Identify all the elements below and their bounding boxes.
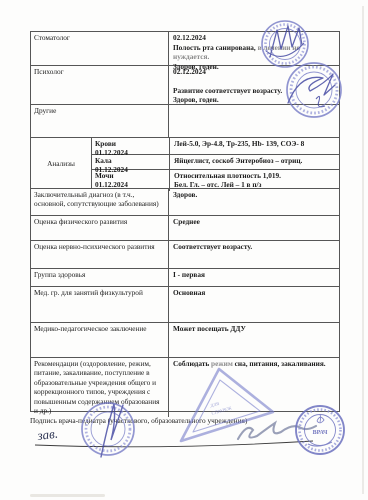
analysis-type-date: Крови 01.12.2024 bbox=[92, 138, 170, 154]
row-value: Здоров. bbox=[169, 189, 339, 215]
stamp-banner bbox=[308, 442, 332, 446]
analyses-label: Анализы bbox=[31, 138, 92, 188]
table-row-health-group: Группа здоровья I - первая bbox=[31, 269, 339, 287]
analysis-date: 01.12.2024 bbox=[95, 180, 166, 189]
scan-artifact bbox=[30, 494, 105, 497]
table-row-psychologist: Психолог 02.12.2024 Развитие соответству… bbox=[31, 66, 339, 105]
analysis-result: Относительная плотность 1,019. Бел. Гл. … bbox=[170, 170, 339, 191]
analysis-row-urine: Мочи 01.12.2024 Относительная плотность … bbox=[92, 170, 339, 191]
row-label: Оценка физического развития bbox=[31, 216, 169, 240]
recommendation-text: Соблюдать bbox=[173, 359, 209, 368]
row-label: Психолог bbox=[31, 66, 169, 104]
pediatrician-signature-caption: Подпись врача-педиатра (участкового, обр… bbox=[30, 416, 330, 425]
row-value-empty bbox=[169, 105, 339, 137]
row-label: Другие bbox=[31, 105, 169, 137]
exam-date: 02.12.2024 bbox=[173, 67, 335, 77]
table-row-final-diagnosis: Заключительный диагноз (в т.ч., основной… bbox=[31, 189, 339, 216]
table-row-neuropsychic-development: Оценка нервно-психического развития Соот… bbox=[31, 241, 339, 269]
result-text: Полость рта санирована, bbox=[173, 43, 256, 52]
analysis-type-date: Кала 01.12.2024 bbox=[92, 155, 170, 169]
analysis-type: Мочи bbox=[95, 171, 166, 180]
analysis-result: Яйцеглист, соскоб Энтеробиоз – отриц. bbox=[170, 155, 339, 169]
analysis-result-line: Относительная плотность 1,019. bbox=[174, 171, 335, 180]
row-label: Рекомендации (оздоровление, режим, питан… bbox=[31, 358, 169, 417]
handwritten-note: зав. bbox=[36, 426, 59, 444]
page-edge-shadow bbox=[362, 6, 364, 494]
row-label: Мед. гр. для занятий физкультурой bbox=[31, 287, 169, 322]
row-value: Соблюдать режим сна, питания, закаливани… bbox=[169, 358, 339, 417]
analysis-result: Лей-5.0, Эр-4.8, Тр-235, Hb- 139, СОЭ- 8 bbox=[170, 138, 339, 154]
row-label: Оценка нервно-психического развития bbox=[31, 241, 169, 268]
table-row-recommendations: Рекомендации (оздоровление, режим, питан… bbox=[31, 358, 339, 417]
row-value: Среднее bbox=[169, 216, 339, 240]
analysis-type: Крови bbox=[95, 139, 166, 148]
scanned-medical-form: Стоматолог 02.12.2024 Полость рта саниро… bbox=[0, 0, 368, 500]
row-value: 02.12.2024 Полость рта санирована, в леч… bbox=[169, 32, 339, 65]
recommendation-text-faded: режим bbox=[209, 359, 234, 368]
recommendation-text: сна, питания, закаливания. bbox=[235, 359, 326, 368]
exam-result-line: Развитие соответствует возрасту. bbox=[173, 86, 335, 96]
table-row-dentist: Стоматолог 02.12.2024 Полость рта саниро… bbox=[31, 32, 339, 66]
row-label: Стоматолог bbox=[31, 32, 169, 65]
medical-exam-table: Стоматолог 02.12.2024 Полость рта саниро… bbox=[30, 31, 340, 412]
table-row-analyses: Анализы Крови 01.12.2024 Лей-5.0, Эр-4.8… bbox=[31, 138, 339, 189]
row-value: Основная bbox=[169, 287, 339, 322]
signature-line bbox=[35, 441, 313, 447]
row-label: Группа здоровья bbox=[31, 269, 169, 286]
row-label: Заключительный диагноз (в т.ч., основной… bbox=[31, 189, 169, 215]
faded-signature-scribble bbox=[238, 423, 316, 439]
exam-result-line: Здоров, годен. bbox=[173, 95, 335, 105]
analysis-row-stool: Кала 01.12.2024 Яйцеглист, соскоб Энтеро… bbox=[92, 155, 339, 170]
row-value: Соответствует возрасту. bbox=[169, 241, 339, 268]
table-row-medical-pedagogical-conclusion: Медико-педагогическое заключение Может п… bbox=[31, 323, 339, 358]
table-row-others: Другие bbox=[31, 105, 339, 138]
round-stamp-text: ВРАЧ bbox=[313, 430, 328, 436]
exam-result-line: Полость рта санирована, в лечении не нуж… bbox=[173, 43, 335, 62]
row-label: Медико-педагогическое заключение bbox=[31, 323, 169, 357]
table-row-pe-group: Мед. гр. для занятий физкультурой Основн… bbox=[31, 287, 339, 323]
analyses-subtable: Крови 01.12.2024 Лей-5.0, Эр-4.8, Тр-235… bbox=[92, 138, 339, 188]
exam-date: 02.12.2024 bbox=[173, 33, 335, 43]
row-value: I - первая bbox=[169, 269, 339, 286]
analysis-type: Кала bbox=[95, 156, 166, 165]
analysis-type-date: Мочи 01.12.2024 bbox=[92, 170, 170, 191]
analysis-row-blood: Крови 01.12.2024 Лей-5.0, Эр-4.8, Тр-235… bbox=[92, 138, 339, 155]
row-value: Может посещать ДДУ bbox=[169, 323, 339, 357]
row-value: 02.12.2024 Развитие соответствует возрас… bbox=[169, 66, 339, 104]
table-row-physical-development: Оценка физического развития Среднее bbox=[31, 216, 339, 241]
